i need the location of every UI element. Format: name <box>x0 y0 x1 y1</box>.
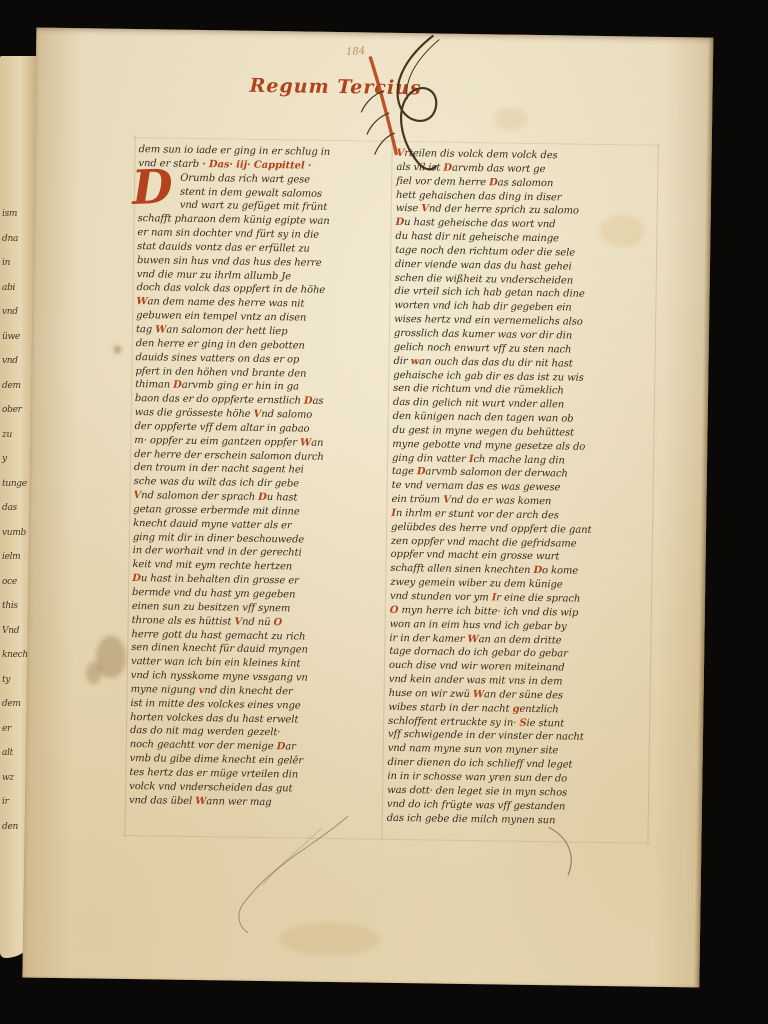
stain <box>494 108 528 130</box>
text-line: das ich gebe die milch mynen sun <box>387 811 647 829</box>
prev-leaf-fragment: ism <box>0 202 37 227</box>
prev-leaf-fragment: dna <box>0 227 37 252</box>
manuscript-page: 184 Regum Tercius D dem sun io iade er g… <box>22 28 713 988</box>
text-column-right: Vrteilen dis volck dem volck desals vil … <box>387 147 657 829</box>
prev-leaf-fragment: in <box>0 251 37 276</box>
stain <box>600 215 644 247</box>
text-column-left: dem sun io iade er ging in er schlug inv… <box>129 143 395 811</box>
stain <box>280 922 380 956</box>
stain <box>86 662 102 684</box>
text-line: vnd er starb · Das· iij· Cappittel · <box>138 157 394 175</box>
descender-flourish-icon <box>544 823 585 884</box>
prev-leaf-fragment: abi <box>0 276 37 301</box>
stain <box>114 346 121 353</box>
manuscript-photo: ismdnainabivndüwevnddemoberzuytungedasvu… <box>0 0 768 1024</box>
